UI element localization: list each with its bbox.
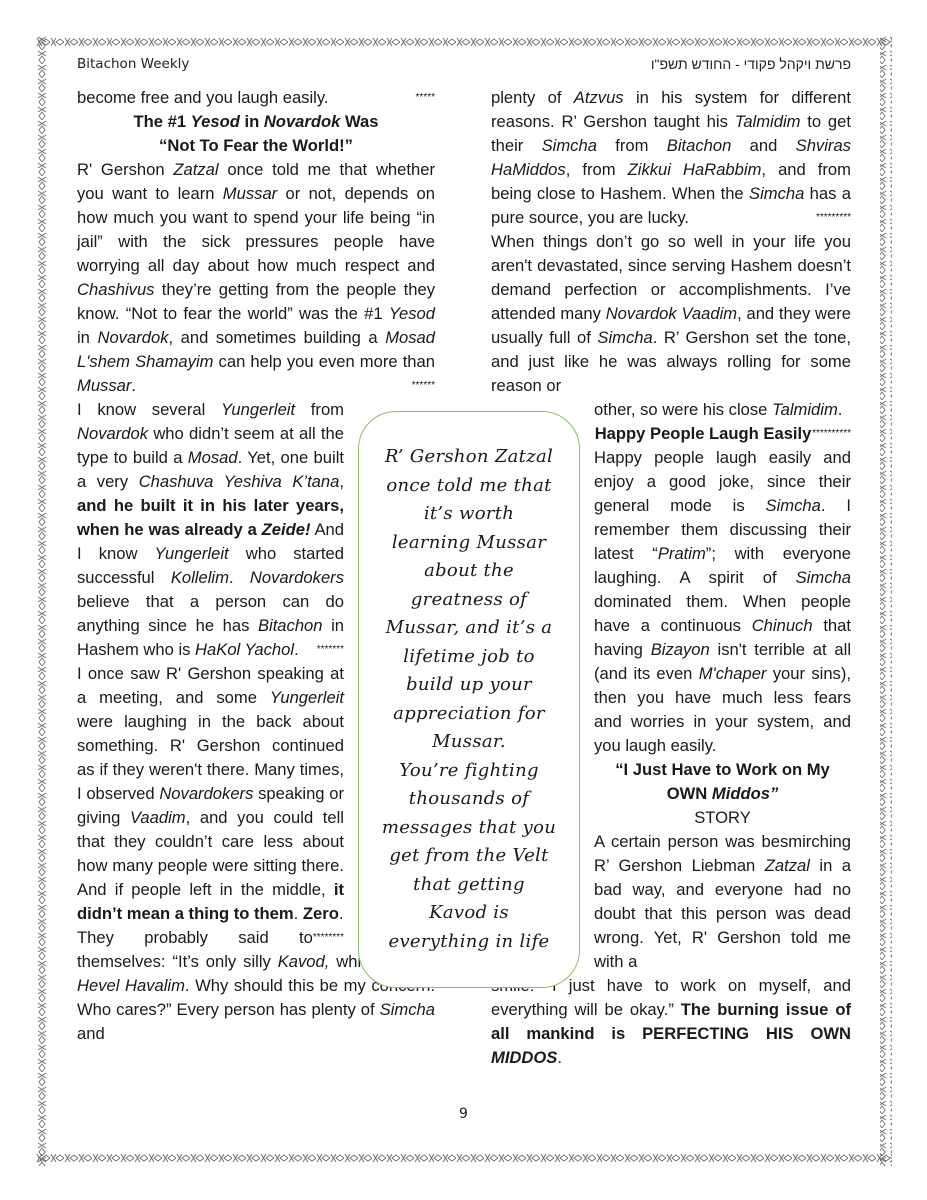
paragraph-story-conclusion: smile: “I just have to work on myself, a… xyxy=(491,974,851,1070)
paragraph-yungerleit: I know several Yungerleit from Novardok … xyxy=(77,398,344,662)
paragraph-happy-people: Happy people laugh easily and enjoy a go… xyxy=(594,446,851,758)
paragraph-not-to-fear: R' Gershon Zatzal once told me that whet… xyxy=(77,158,435,398)
section-separator-stars: ********* xyxy=(816,206,851,230)
opening-line: become free and you laugh easily. ***** xyxy=(77,86,435,110)
paragraph-atzvus: plenty of Atzvus in his system for diffe… xyxy=(491,86,851,230)
pullquote-text: R’ Gershon Zatzal once told me that it’s… xyxy=(382,443,556,956)
paragraph-devastated: When things don’t go so well in your lif… xyxy=(491,230,851,398)
section-separator-stars: ***** xyxy=(416,86,435,110)
story-label: STORY xyxy=(594,806,851,830)
section-separator-stars: ******* xyxy=(317,638,344,662)
publication-name: Bitachon Weekly xyxy=(77,56,189,72)
paragraph-story: A certain person was besmirching R’ Gers… xyxy=(594,830,851,974)
section-separator-stars: ******** xyxy=(313,926,344,950)
section-heading-yesod: The #1 Yesod in Novardok Was “Not To Fea… xyxy=(77,110,435,158)
page-number: 9 xyxy=(0,1106,927,1122)
right-wrap-around-pullquote: other, so were his close Talmidim. *****… xyxy=(594,398,851,974)
hebrew-parsha-title: פרשת ויקהל פקודי - החודש תשפ"ו xyxy=(651,56,851,72)
section-separator-stars: ********** xyxy=(812,422,851,446)
section-heading-own-middos: “I Just Have to Work on My OWN Middos” xyxy=(594,758,851,806)
pullquote-box: R’ Gershon Zatzal once told me that it’s… xyxy=(358,411,580,988)
left-wrap-around-pullquote: I know several Yungerleit from Novardok … xyxy=(77,398,344,926)
section-separator-stars: ****** xyxy=(412,374,435,398)
paragraph-meeting: I once saw R' Gershon speaking at a meet… xyxy=(77,662,344,926)
